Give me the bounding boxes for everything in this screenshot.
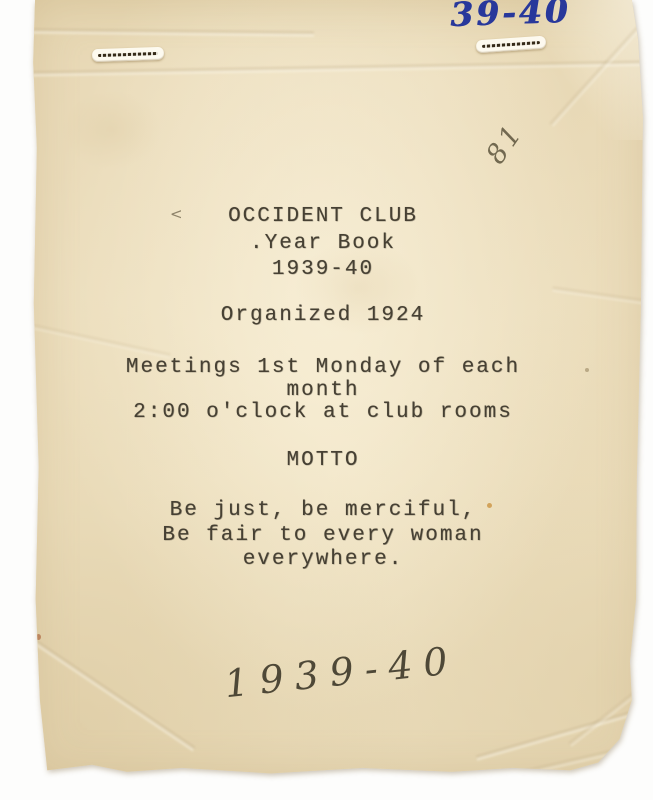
- handwritten-year-top: 39-40: [449, 0, 571, 34]
- meetings-line-3: 2:00 o'clock at club rooms: [32, 401, 614, 424]
- paper-speck: [36, 634, 41, 640]
- pencil-check-mark: <: [170, 205, 183, 223]
- paper-speck: [585, 368, 589, 372]
- crease-line: [23, 322, 171, 358]
- paper-speck: [487, 503, 492, 508]
- paper-stain: [294, 240, 424, 335]
- crease-line: [19, 630, 196, 752]
- motto-line-1: Be just, be merciful,: [32, 499, 614, 522]
- scanned-document: 39-40 81 < OCCIDENT CLUB .Year Book 1939…: [0, 0, 653, 800]
- staple-wire: [98, 52, 157, 57]
- crease-line: [476, 692, 653, 760]
- paper-shadow-wrap: 39-40 81 < OCCIDENT CLUB .Year Book 1939…: [0, 0, 653, 800]
- edition-year-line: 1939-40: [32, 258, 614, 281]
- paper-sheet: 39-40 81 < OCCIDENT CLUB .Year Book 1939…: [32, 0, 644, 778]
- handwritten-year-bottom: 1939-40: [222, 638, 460, 706]
- club-name-line: OCCIDENT CLUB: [32, 205, 614, 228]
- crease-line: [32, 61, 650, 77]
- motto-line-2: Be fair to every woman: [32, 524, 614, 547]
- crease-line: [514, 728, 653, 778]
- paper-stain: [62, 90, 162, 170]
- pencil-margin-mark: 81: [480, 117, 530, 169]
- book-title-line: .Year Book: [32, 232, 614, 255]
- crease-line: [32, 29, 314, 37]
- crease-line: [552, 287, 653, 309]
- crease-line: [568, 638, 653, 747]
- motto-heading: MOTTO: [32, 449, 614, 472]
- organized-line: Organized 1924: [32, 304, 614, 327]
- staple-mark-right: [476, 36, 547, 54]
- meetings-line-1: Meetings 1st Monday of each: [32, 356, 614, 379]
- motto-line-3: everywhere.: [32, 548, 614, 571]
- meetings-line-2: month: [32, 379, 614, 402]
- staple-mark-left: [92, 47, 164, 63]
- staple-wire: [482, 41, 539, 48]
